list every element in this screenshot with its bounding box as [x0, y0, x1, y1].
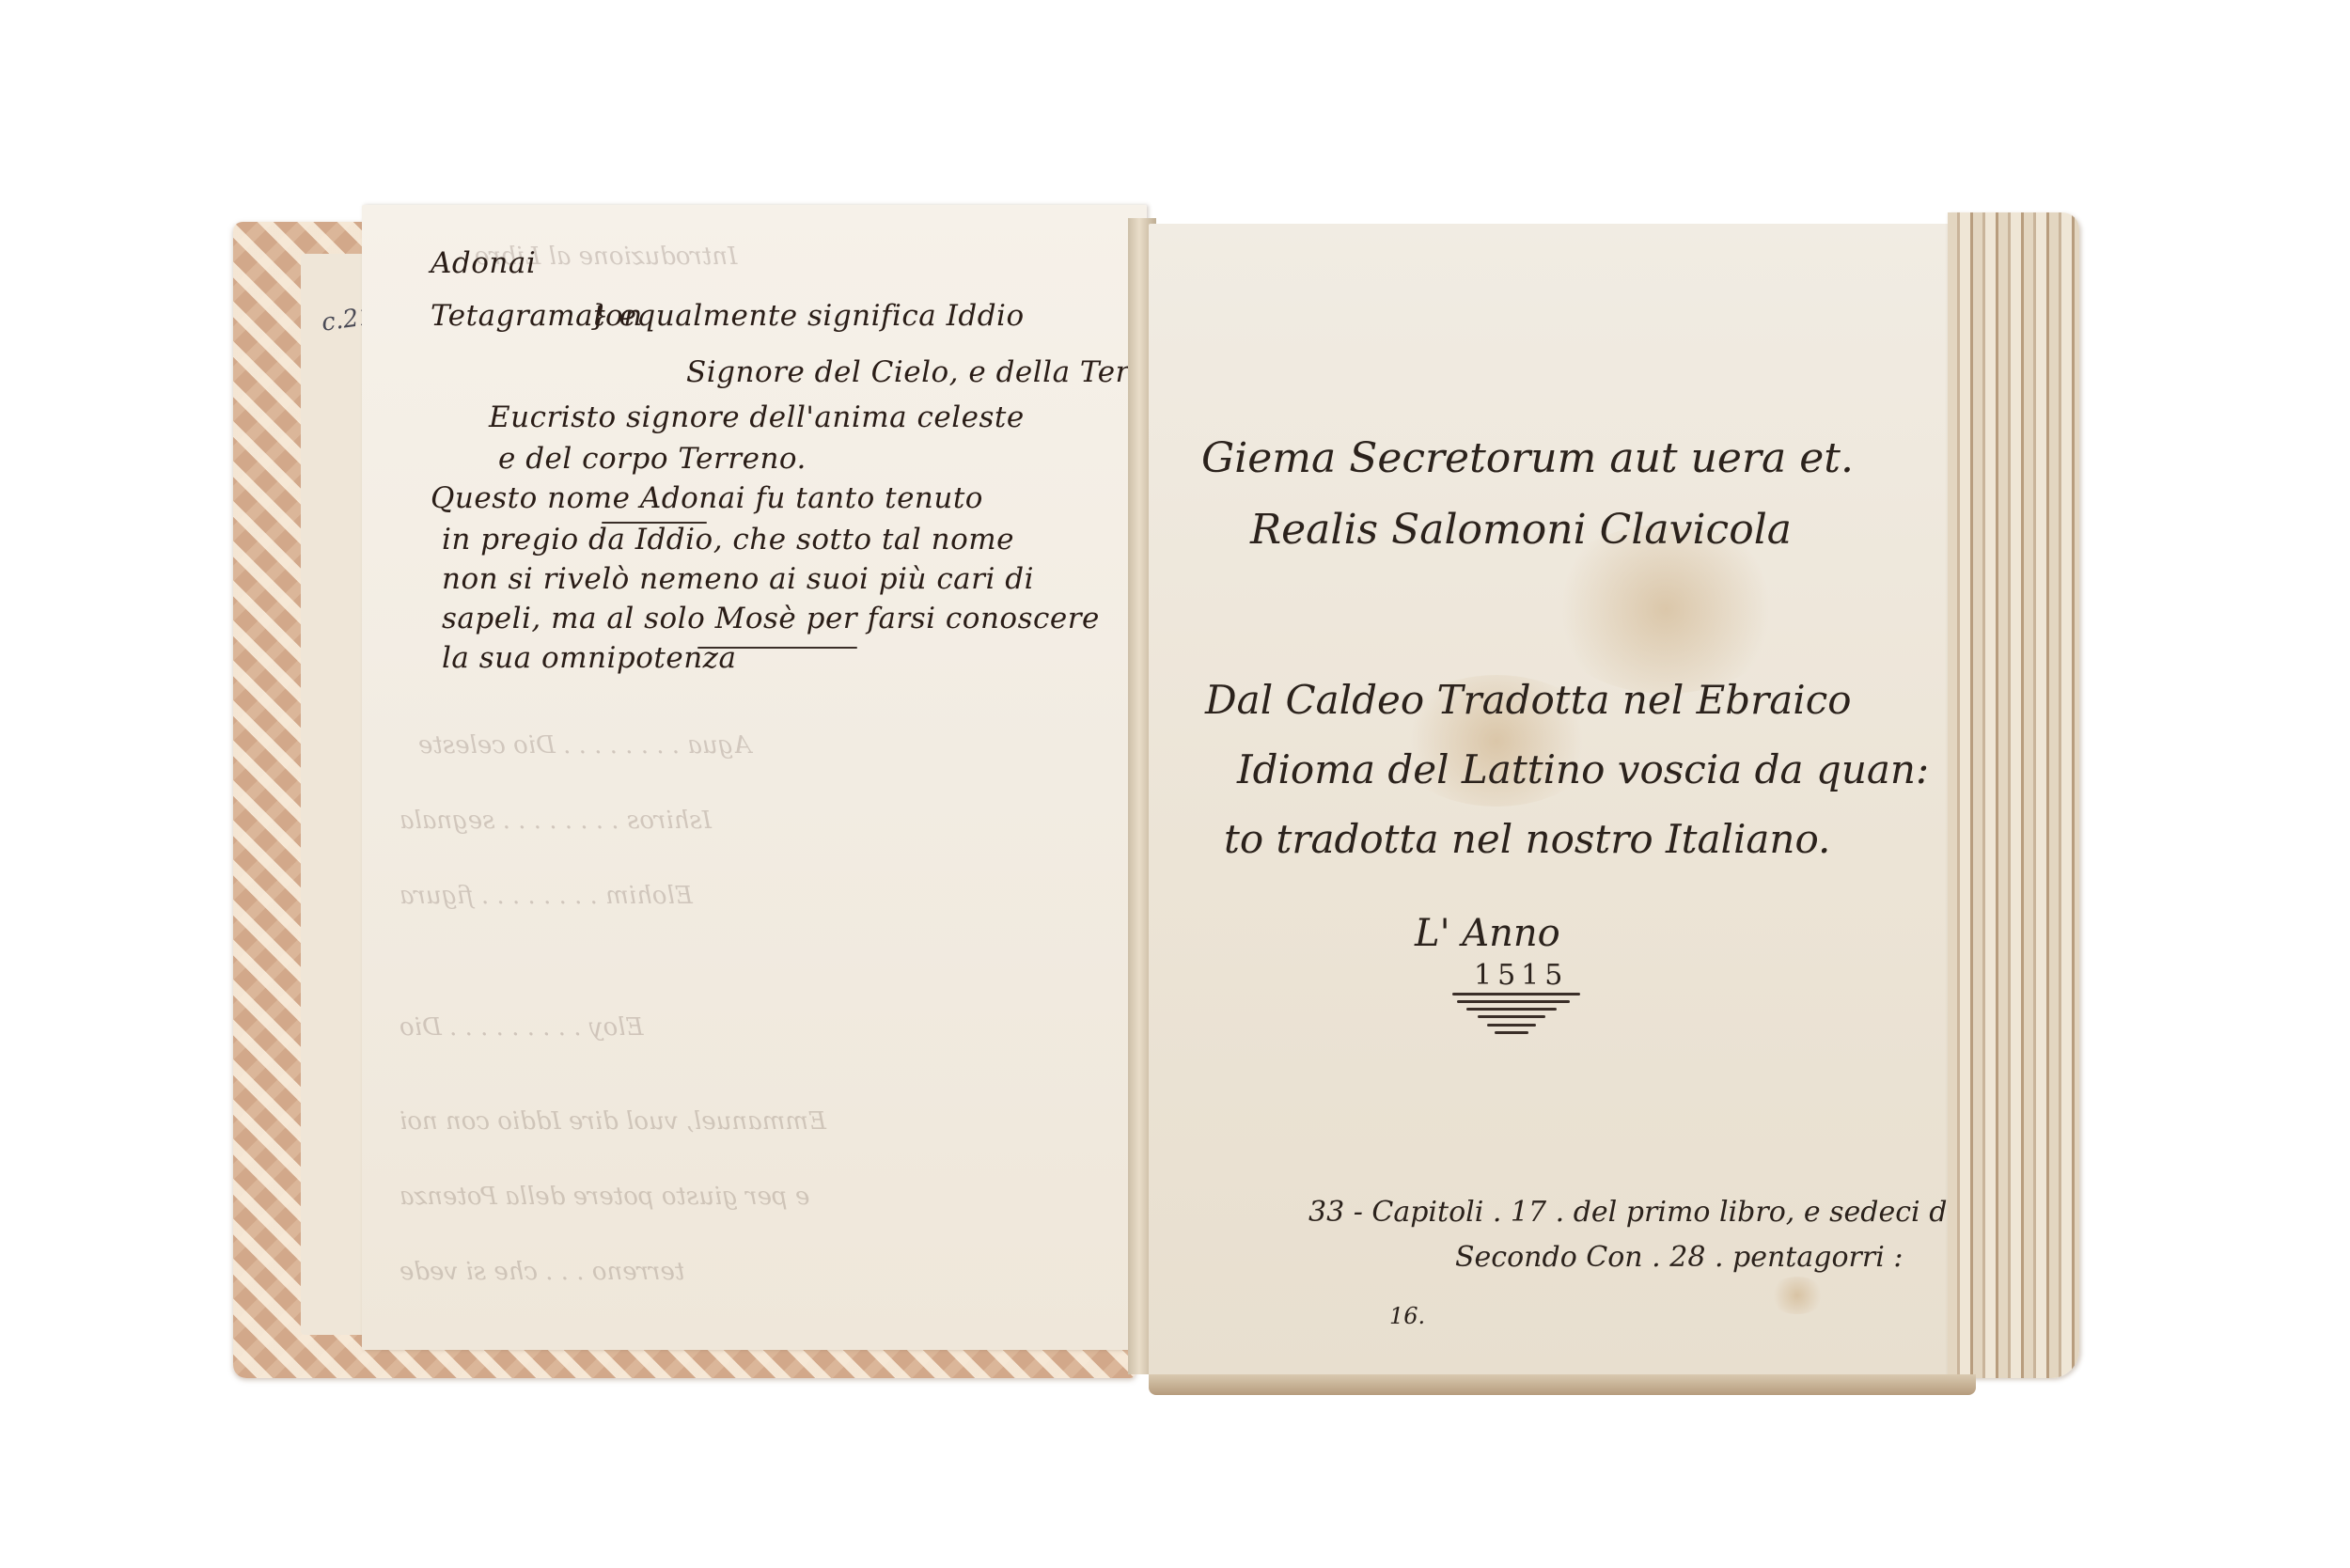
colophon-line: Secondo Con . 28 . pentagorri :: [1455, 1241, 1903, 1274]
bleed-through-text: terreno . . . che si vede: [399, 1258, 684, 1286]
handwritten-line: } equalmente significa Iddio: [590, 299, 1025, 333]
year: 1515: [1474, 959, 1568, 992]
handwritten-line: e del corpo Terreno.: [498, 442, 807, 476]
handwritten-line: Questo nome Adonai fu tanto tenuto: [431, 481, 983, 515]
subtitle-line: to tradotta nel nostro Italiano.: [1224, 816, 1830, 862]
handwritten-line: in pregio da Iddio, che sotto tal nome: [442, 523, 1014, 557]
manuscript-photo: c.21 Introduzione al Libro Agua . . . . …: [0, 0, 2350, 1568]
bleed-through-text: Ishiros . . . . . . . . segnala: [399, 807, 712, 835]
tail-rule: [1466, 1008, 1557, 1011]
handwritten-line: non si rivelò nemeno ai suoi più cari di: [442, 562, 1034, 596]
bleed-through-text: Agua . . . . . . . . Dio celeste: [418, 731, 751, 760]
page-block-bottom-edge: [1149, 1374, 1976, 1395]
tail-rule: [1495, 1031, 1528, 1034]
colophon-line: 33 - Capitoli . 17 . del primo libro, e …: [1308, 1196, 1973, 1229]
tail-rule: [1452, 993, 1580, 996]
subtitle-line: Dal Caldeo Tradotta nel Ebraico: [1205, 677, 1852, 723]
bleed-through-text: Eloy . . . . . . . . . Dio: [399, 1013, 643, 1042]
handwritten-line: la sua omnipotenza: [442, 641, 737, 675]
handwritten-line: Signore del Cielo, e della Terra: [686, 355, 1162, 389]
folio-number: 16.: [1389, 1303, 1425, 1329]
handwritten-line: Adonai: [431, 246, 536, 280]
bleed-through-text: e per giusto potere della Potenza: [399, 1183, 809, 1211]
title-line: Giema Secretorum aut uera et.: [1201, 434, 1854, 482]
foxing-stain: [1769, 1277, 1825, 1314]
year-label: L' Anno: [1415, 912, 1560, 955]
handwritten-line: sapeli, ma al solo Mosè per farsi conosc…: [442, 602, 1100, 635]
tail-rule: [1478, 1015, 1545, 1018]
page-block-fore-edge: [1948, 212, 2079, 1378]
handwritten-line: Eucristo signore dell'anima celeste: [489, 400, 1025, 434]
bleed-through-text: Elohim . . . . . . . . figura: [399, 882, 693, 910]
bleed-through-text: Emmanuel, vuol dire Iddio con noi: [399, 1107, 826, 1136]
closing-flourish: [697, 647, 857, 649]
tail-rule: [1457, 1000, 1570, 1003]
tail-rule: [1487, 1024, 1536, 1027]
subtitle-line: Idioma del Lattino voscia da quan:: [1237, 746, 1929, 792]
title-line: Realis Salomoni Clavicola: [1250, 506, 1792, 554]
